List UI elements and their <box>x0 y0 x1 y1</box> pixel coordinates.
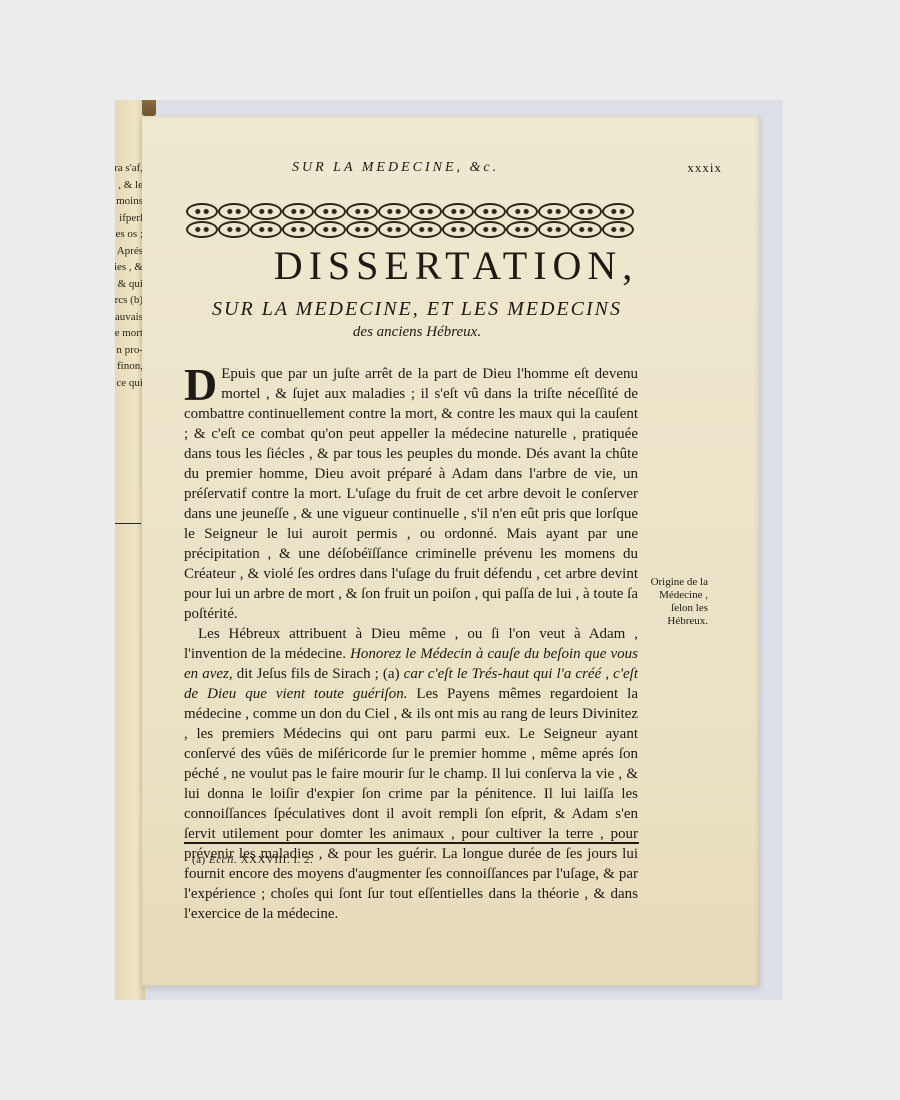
fragment-line: ırcs (b) <box>115 292 143 309</box>
paragraph-2: Les Hébreux attribuent à Dieu même , ou … <box>184 624 638 924</box>
paragraph-1: DEpuis que par un juſte arrêt de la part… <box>184 364 638 624</box>
book-page: SUR LA MEDECINE, &c. xxxix DISSERTATION,… <box>142 116 760 986</box>
footnote-reference: XXXVIII. I. 2. <box>241 854 314 866</box>
headpiece-ornament-icon <box>186 203 634 239</box>
footnote-source: Eccli. <box>209 854 237 866</box>
fragment-line: ties , & <box>115 259 143 276</box>
running-head-title: SUR LA MEDECINE, &c. <box>292 160 499 176</box>
fragment-line: moins <box>115 193 143 210</box>
page-title: DISSERTATION, <box>142 242 760 289</box>
paragraph-1-text: Epuis que par un juſte arrêt de la part … <box>184 366 638 622</box>
fragment-line: lauvais <box>115 309 143 326</box>
fragment-line: , & le <box>115 177 143 194</box>
left-page-edge: ra s'af, , & le moins ifperſ les os ; . … <box>115 100 145 1000</box>
bookmark-ribbon <box>142 100 156 116</box>
fragment-line: . Aprés <box>115 243 143 260</box>
drop-cap: D <box>184 366 217 404</box>
footnote-rule <box>184 842 639 844</box>
fragment-line: e mort <box>115 325 143 342</box>
paragraph-2-text-c: Les Payens mêmes regardoient la médecine… <box>184 686 638 922</box>
page-number: xxxix <box>687 160 722 176</box>
fragment-line: , & qui <box>115 276 143 293</box>
paragraph-2-text-b: dit Jeſus fils de Sirach ; (a) <box>237 666 400 682</box>
body-text: DEpuis que par un juſte arrêt de la part… <box>184 364 638 924</box>
left-page-fragments: ra s'af, , & le moins ifperſ les os ; . … <box>115 160 143 391</box>
footnote: (a) Eccli. XXXVIII. I. 2. <box>192 854 313 866</box>
subtitle: SUR LA MEDECINE, ET LES MEDECINS <box>182 298 652 321</box>
fragment-line: les os ; <box>115 226 143 243</box>
left-page-rule <box>115 523 141 524</box>
fragment-line: ce qui <box>115 375 143 392</box>
fragment-line: finon, <box>115 358 143 375</box>
fragment-line: n pro- <box>115 342 143 359</box>
margin-note: Origine de la Médecine , ſelon les Hébre… <box>648 576 708 628</box>
footnote-mark: (a) <box>192 854 206 866</box>
subtitle-line2: des anciens Hébreux. <box>182 324 652 341</box>
fragment-line: ifperſ <box>115 210 143 227</box>
fragment-line: ra s'af, <box>115 160 143 177</box>
